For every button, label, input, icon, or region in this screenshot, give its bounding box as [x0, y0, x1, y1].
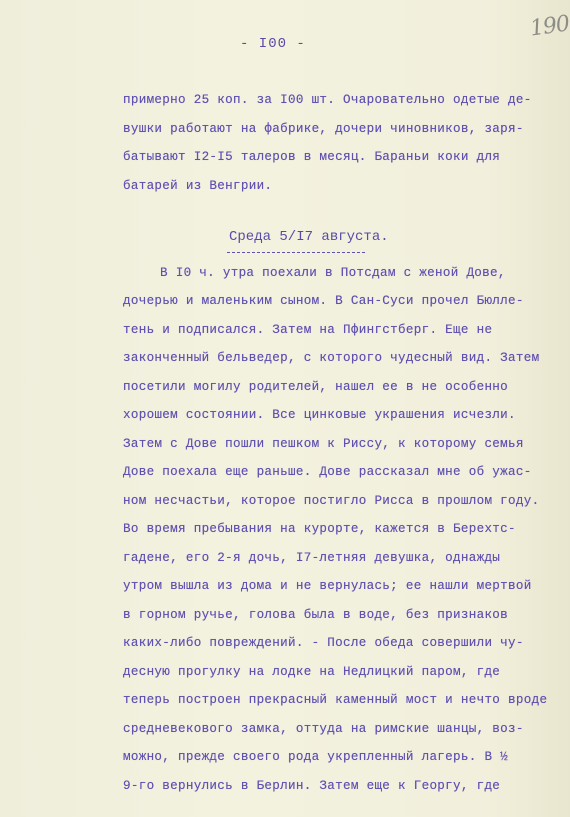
text-line: законченный бельведер, с которого чудесн…: [123, 351, 539, 365]
text-line: дочерью и маленьким сыном. В Сан-Суси пр…: [123, 294, 524, 308]
text-line: утром вышла из дома и не вернулась; ее н…: [123, 579, 532, 593]
page-number: - I00 -: [240, 36, 306, 52]
document-page: 190 - I00 - примерно 25 коп. за I00 шт. …: [0, 0, 570, 817]
text-line: батарей из Венгрии.: [123, 179, 272, 193]
text-line: средневекового замка, оттуда на римские …: [123, 722, 524, 736]
heading-underline: [227, 252, 365, 253]
text-line: хорошем состоянии. Все цинковые украшени…: [123, 408, 516, 422]
text-line: В I0 ч. утра поехали в Потсдам с женой Д…: [160, 266, 506, 280]
text-line: десную прогулку на лодке на Недлицкий па…: [123, 665, 500, 679]
section-heading: Среда 5/I7 августа.: [229, 229, 389, 245]
text-line: гадене, его 2-я дочь, I7-летняя девушка,…: [123, 551, 500, 565]
text-line: Дове поехала еще раньше. Дове рассказал …: [123, 465, 532, 479]
text-line: каких-либо повреждений. - После обеда со…: [123, 636, 524, 650]
text-line: Затем с Дове пошли пешком к Риссу, к кот…: [123, 437, 524, 451]
text-line: посетили могилу родителей, нашел ее в не…: [123, 380, 508, 394]
text-line: 9-го вернулись в Берлин. Затем еще к Гео…: [123, 779, 500, 793]
text-line: примерно 25 коп. за I00 шт. Очаровательн…: [123, 93, 532, 107]
text-line: тень и подписался. Затем на Пфингстберг.…: [123, 323, 492, 337]
text-line: в горном ручье, голова была в воде, без …: [123, 608, 508, 622]
text-line: батывают I2-I5 талеров в месяц. Бараньи …: [123, 150, 500, 164]
handwritten-folio-number: 190: [528, 11, 570, 41]
text-line: ном несчастьи, которое постигло Рисса в …: [123, 494, 539, 508]
text-line: вушки работают на фабрике, дочери чиновн…: [123, 122, 524, 136]
text-line: теперь построен прекрасный каменный мост…: [123, 693, 547, 707]
text-line: можно, прежде своего рода укрепленный ла…: [123, 750, 508, 764]
text-line: Во время пребывания на курорте, кажется …: [123, 522, 516, 536]
